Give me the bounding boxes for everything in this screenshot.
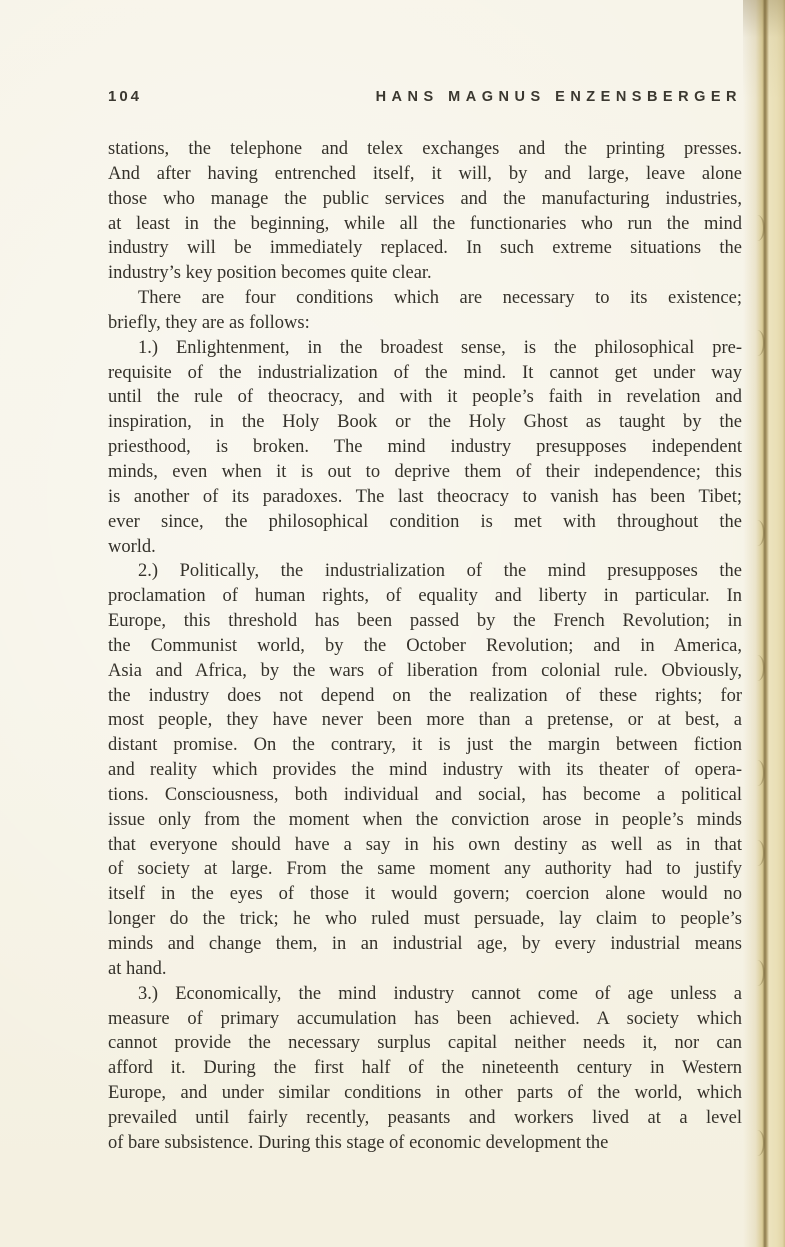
paragraph: stations, the telephone and telex exchan…	[108, 137, 742, 286]
text-line: Asia and Africa, by the wars of liberati…	[108, 659, 742, 684]
text-line: 1.) Enlightenment, in the broadest sense…	[108, 336, 742, 361]
text-line: requisite of the industrialization of th…	[108, 361, 742, 386]
text-line: minds and change them, in an industrial …	[108, 932, 742, 957]
page-edge-curl-mark	[752, 840, 765, 866]
paragraph: 3.) Economically, the mind industry cann…	[108, 982, 742, 1156]
page-edge-curl-mark	[752, 330, 765, 356]
text-line: Europe, this threshold has been passed b…	[108, 609, 742, 634]
text-line: stations, the telephone and telex exchan…	[108, 137, 742, 162]
text-line: that everyone should have a say in his o…	[108, 833, 742, 858]
text-line: Europe, and under similar conditions in …	[108, 1081, 742, 1106]
text-line: world.	[108, 535, 742, 560]
text-line: There are four conditions which are nece…	[108, 286, 742, 311]
text-line: at least in the beginning, while all the…	[108, 212, 742, 237]
text-line: ever since, the philosophical condition …	[108, 510, 742, 535]
body-text: stations, the telephone and telex exchan…	[108, 137, 742, 1156]
paragraph: There are four conditions which are nece…	[108, 286, 742, 336]
page-number: 104	[108, 88, 142, 105]
text-line: the industry does not depend on the real…	[108, 684, 742, 709]
running-head: 104 HANS MAGNUS ENZENSBERGER	[108, 88, 742, 105]
text-line: priesthood, is broken. The mind industry…	[108, 435, 742, 460]
text-line: And after having entrenched itself, it w…	[108, 162, 742, 187]
text-line: itself in the eyes of those it would gov…	[108, 882, 742, 907]
text-line: prevailed until fairly recently, peasant…	[108, 1106, 742, 1131]
page-edge-curl-mark	[752, 215, 765, 241]
text-line: industry will be immediately replaced. I…	[108, 236, 742, 261]
text-line: is another of its paradoxes. The last th…	[108, 485, 742, 510]
text-line: until the rule of theocracy, and with it…	[108, 385, 742, 410]
text-line: cannot provide the necessary surplus cap…	[108, 1031, 742, 1056]
text-line: proclamation of human rights, of equalit…	[108, 584, 742, 609]
text-line: those who manage the public services and…	[108, 187, 742, 212]
page-edge-curl-mark	[752, 1130, 765, 1156]
text-line: the Communist world, by the October Revo…	[108, 634, 742, 659]
text-line: at hand.	[108, 957, 742, 982]
page-edge-curl-mark	[752, 655, 765, 681]
running-header-author: HANS MAGNUS ENZENSBERGER	[376, 89, 742, 105]
text-line: minds, even when it is out to deprive th…	[108, 460, 742, 485]
text-line: distant promise. On the contrary, it is …	[108, 733, 742, 758]
text-line: measure of primary accumulation has been…	[108, 1007, 742, 1032]
text-line: issue only from the moment when the conv…	[108, 808, 742, 833]
book-page-edge	[743, 0, 785, 1247]
text-line: afford it. During the first half of the …	[108, 1056, 742, 1081]
page-edge-curl-mark	[752, 520, 765, 546]
text-line: briefly, they are as follows:	[108, 311, 742, 336]
text-line: inspiration, in the Holy Book or the Hol…	[108, 410, 742, 435]
text-line: longer do the trick; he who ruled must p…	[108, 907, 742, 932]
text-line: industry’s key position becomes quite cl…	[108, 261, 742, 286]
text-line: most people, they have never been more t…	[108, 708, 742, 733]
text-line: 2.) Politically, the industrialization o…	[108, 559, 742, 584]
text-line: of society at large. From the same momen…	[108, 857, 742, 882]
paragraph: 1.) Enlightenment, in the broadest sense…	[108, 336, 742, 560]
text-line: tions. Consciousness, both individual an…	[108, 783, 742, 808]
text-line: of bare subsistence. During this stage o…	[108, 1131, 742, 1156]
book-page: 104 HANS MAGNUS ENZENSBERGER stations, t…	[0, 0, 785, 1247]
text-line: and reality which provides the mind indu…	[108, 758, 742, 783]
paragraph: 2.) Politically, the industrialization o…	[108, 559, 742, 981]
text-line: 3.) Economically, the mind industry cann…	[108, 982, 742, 1007]
page-edge-curl-mark	[752, 960, 765, 986]
page-edge-curl-mark	[752, 760, 765, 786]
